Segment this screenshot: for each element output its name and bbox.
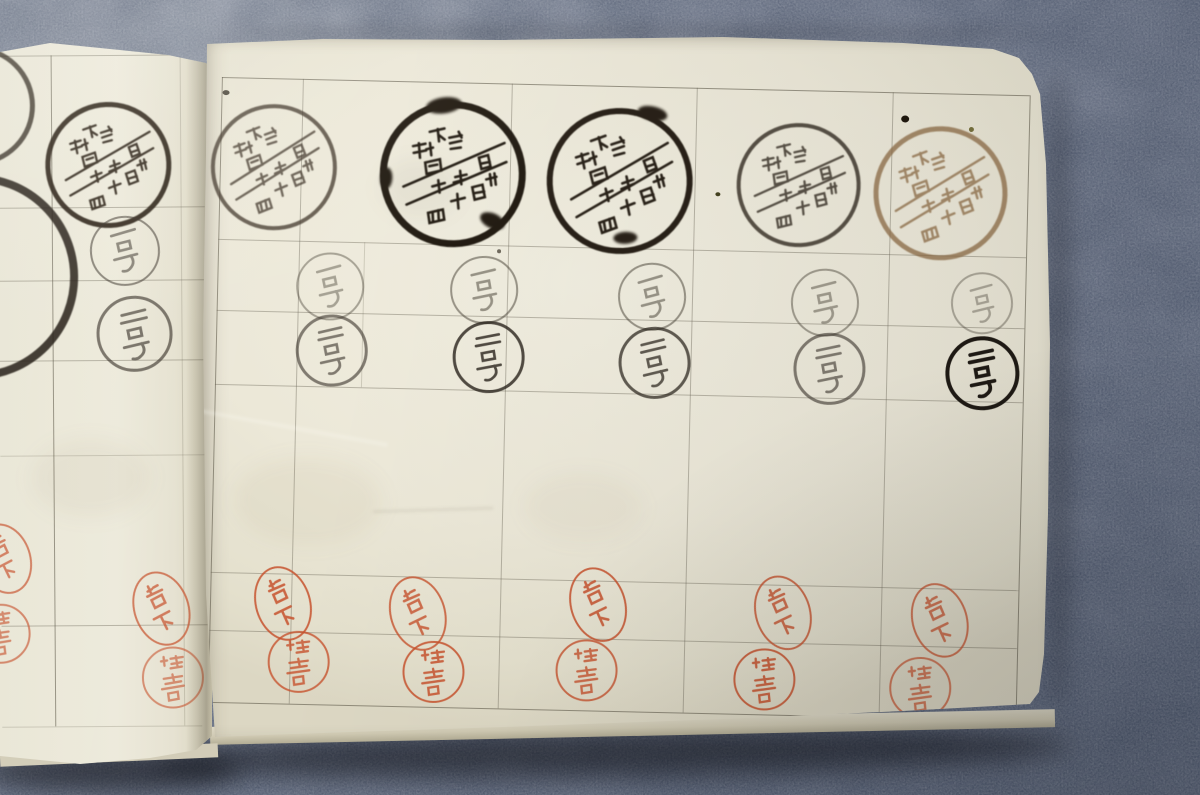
grid-line [2,725,202,728]
number-two-stamp [616,324,694,402]
oval-seal-glyphs [568,569,627,639]
red-round-seal [733,648,796,711]
round-seal-glyphs [274,637,324,687]
ink-blob [613,231,638,244]
date-stamp-glyphs [885,138,996,249]
partial-red-seal [0,516,41,601]
number-two-glyphs [800,340,858,398]
partial-red-seal [0,604,31,664]
paper-stain [522,471,644,544]
date-stamp-glyphs [747,134,850,237]
photo-scene [0,0,1200,795]
number-one-stamp [949,270,1016,337]
round-seal-glyphs [895,663,945,713]
page-content [188,34,1056,759]
paper-speck [497,249,501,253]
right-page [203,34,1055,740]
date-stamp [733,120,864,251]
paper-crease [190,408,387,447]
paper-stain [232,454,384,547]
number-one-glyphs [956,277,1009,330]
number-two-glyphs [625,333,685,393]
grid-line [1016,95,1031,720]
red-round-seal [267,630,330,693]
grid-line [222,77,1030,97]
number-two-stamp [792,331,867,406]
number-two-glyphs [953,344,1011,402]
round-seal-glyphs [0,610,24,657]
number-two-stamp [94,293,176,375]
red-round-seal [555,639,618,702]
number-one-glyphs [623,267,682,326]
ink-blob [636,103,668,123]
number-two-glyphs [460,329,517,386]
date-stamp [543,105,696,258]
number-two-stamp [944,335,1021,412]
oval-seal-glyphs [753,578,812,648]
round-seal-glyphs [409,647,459,697]
oval-seal-glyphs [388,578,447,648]
paper-speck [715,192,720,196]
number-two-glyphs [103,302,166,365]
number-one-glyphs [456,262,512,318]
paper-speck [969,127,974,132]
paper-crease [373,507,493,513]
red-round-seal [402,640,465,703]
round-seal-glyphs [562,645,612,695]
number-one-glyphs [796,274,853,331]
date-stamp-glyphs [58,114,159,215]
red-oval-seal [560,560,635,649]
partial-date-stamp [0,45,35,166]
date-stamp-glyphs [220,114,327,221]
number-one-glyphs [95,221,155,281]
page-content [0,37,215,764]
ink-blob [379,167,393,190]
round-seal-glyphs [739,655,789,705]
oval-seal-glyphs [0,525,33,592]
number-two-glyphs [302,321,361,380]
number-one-stamp [615,260,689,334]
number-two-stamp [294,312,370,388]
number-one-stamp [789,267,861,339]
oval-seal-glyphs [253,568,312,638]
paper-stain [30,438,151,519]
number-two-stamp [452,320,526,394]
number-one-stamp [449,254,520,325]
ink-blob [425,95,463,116]
paper-speck [901,115,909,122]
paper-speck [223,90,230,95]
grid-line [215,384,1023,404]
date-stamp [43,99,174,230]
left-page [0,38,212,764]
number-one-glyphs [301,257,359,315]
date-stamp [206,99,342,235]
date-stamp-glyphs [561,122,679,240]
date-stamp [869,122,1011,264]
